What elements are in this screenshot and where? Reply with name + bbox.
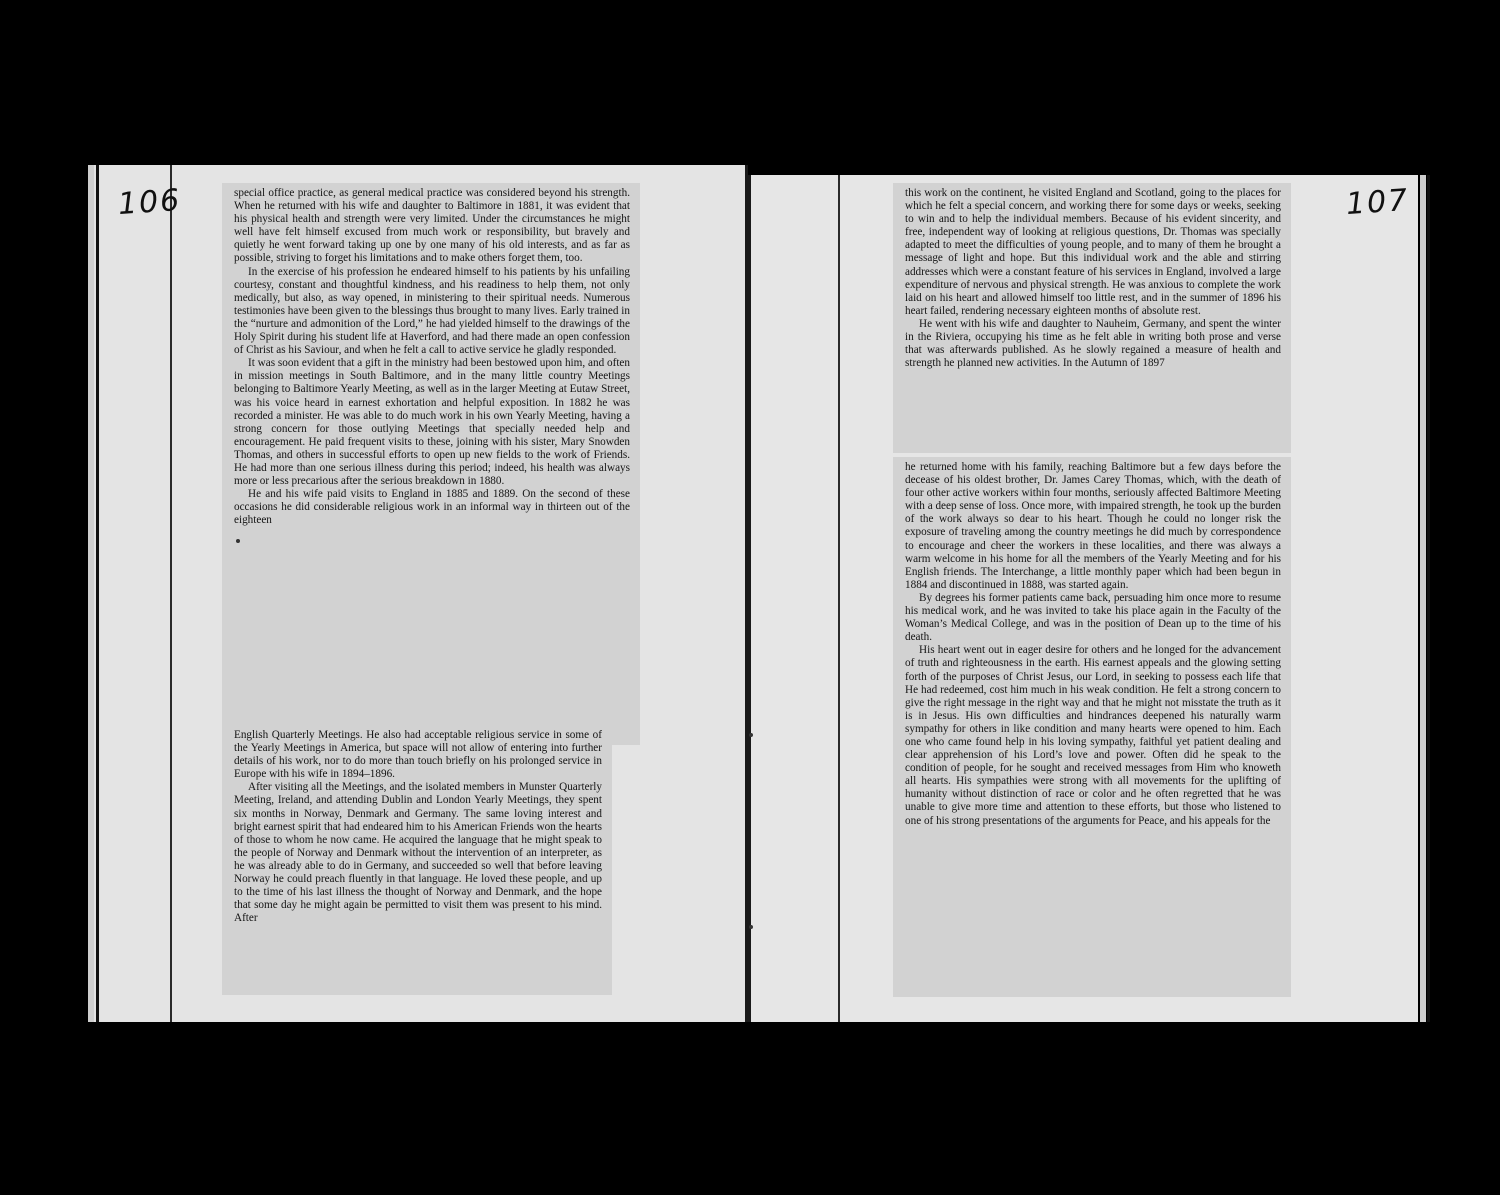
page-edge [1420, 175, 1426, 1022]
margin-rule [170, 165, 172, 1022]
clipping-right-top: this work on the continent, he visited E… [893, 183, 1291, 453]
clipping-right-bottom: he returned home with his family, reachi… [893, 457, 1291, 997]
paragraph: It was soon evident that a gift in the m… [234, 357, 630, 488]
paragraph: this work on the continent, he visited E… [905, 187, 1281, 318]
gutter-mark [749, 733, 753, 737]
right-page: 107 this work on the continent, he visit… [748, 175, 1418, 1022]
page-number: 106 [117, 183, 183, 222]
gutter-mark [749, 925, 753, 929]
paragraph: special office practice, as general medi… [234, 187, 630, 266]
paragraph: His heart went out in eager desire for o… [905, 644, 1281, 827]
clipping-left-bottom: English Quarterly Meetings. He also had … [222, 725, 612, 995]
margin-rule [838, 175, 840, 1022]
page-number: 107 [1345, 183, 1411, 222]
margin-mark [236, 539, 240, 543]
page-edge-rule [96, 165, 99, 1022]
paragraph: In the exercise of his profession he end… [234, 266, 630, 358]
book-spread: 106 special office practice, as general … [88, 165, 1418, 1022]
paragraph: He and his wife paid visits to England i… [234, 488, 630, 527]
paragraph: English Quarterly Meetings. He also had … [234, 729, 602, 781]
page-edge-rule [1427, 175, 1430, 1022]
paragraph: he returned home with his family, reachi… [905, 461, 1281, 592]
paragraph: He went with his wife and daughter to Na… [905, 318, 1281, 370]
gutter [748, 175, 751, 1022]
paragraph: By degrees his former patients came back… [905, 592, 1281, 644]
paragraph: After visiting all the Meetings, and the… [234, 781, 602, 925]
left-page: 106 special office practice, as general … [88, 165, 748, 1022]
clipping-left-top: special office practice, as general medi… [222, 183, 640, 745]
page-edge [88, 165, 94, 1022]
